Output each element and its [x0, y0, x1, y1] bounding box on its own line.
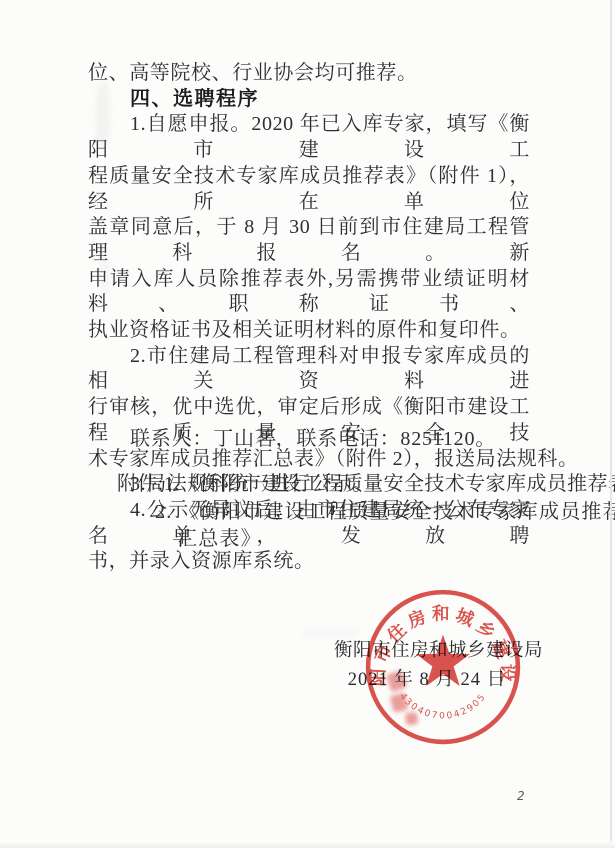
- scan-edge-shadow: [0, 841, 615, 848]
- body-line: 盖章同意后，于 8 月 30 日前到市住建局工程管理科报名。新: [88, 215, 530, 266]
- section-heading: 四、选聘程序: [88, 87, 530, 113]
- scan-artifact: [100, 250, 110, 294]
- scan-edge-line: [610, 0, 612, 848]
- body-line: 申请入库人员除推荐表外,另需携带业绩证明材料、职称证书、: [88, 267, 530, 318]
- scan-artifact: [300, 628, 360, 638]
- scan-artifact: [96, 82, 110, 148]
- contact-info: 联系人：丁山茗，联系电话：8251120。: [130, 422, 496, 451]
- seal-code: 4304070042905: [397, 692, 489, 722]
- attachment-item-2: 2. 《衡阳市建设工程质量安全技术专家库成员推荐: [88, 499, 538, 527]
- scanned-document-page: 位、高等院校、行业协会均可推荐。 四、选聘程序 1.自愿申报。2020 年已入库…: [0, 0, 615, 848]
- body-line: 执业资格证书及相关证明材料的原件和复印件。: [88, 318, 530, 344]
- body-line: 程质量安全技术专家库成员推荐表》（附件 1），经所在单位: [88, 164, 530, 215]
- issuing-organization: 衡阳市住房和城乡建设局: [334, 636, 520, 662]
- page-number: 2: [517, 789, 525, 803]
- body-line: 2.市住建局工程管理科对申报专家库成员的相关资料进: [88, 344, 530, 395]
- svg-text:4304070042905: 4304070042905: [397, 692, 489, 722]
- attachment-item-1: 附件:1.《衡阳市建设工程质量安全技术专家库成员推荐表》: [88, 471, 538, 499]
- seal-graphic: 衡阳市住房和城乡建设局 4304070042905: [361, 583, 519, 742]
- body-line: 位、高等院校、行业协会均可推荐。: [88, 61, 530, 87]
- attachments-list: 附件:1.《衡阳市建设工程质量安全技术专家库成员推荐表》 2. 《衡阳市建设工程…: [88, 471, 538, 554]
- attachment-item-2-continued: 汇总表》: [88, 526, 538, 554]
- body-line: 1.自愿申报。2020 年已入库专家，填写《衡阳市建设工: [88, 112, 530, 163]
- issue-date: 2021 年 8 月 24 日: [334, 665, 520, 691]
